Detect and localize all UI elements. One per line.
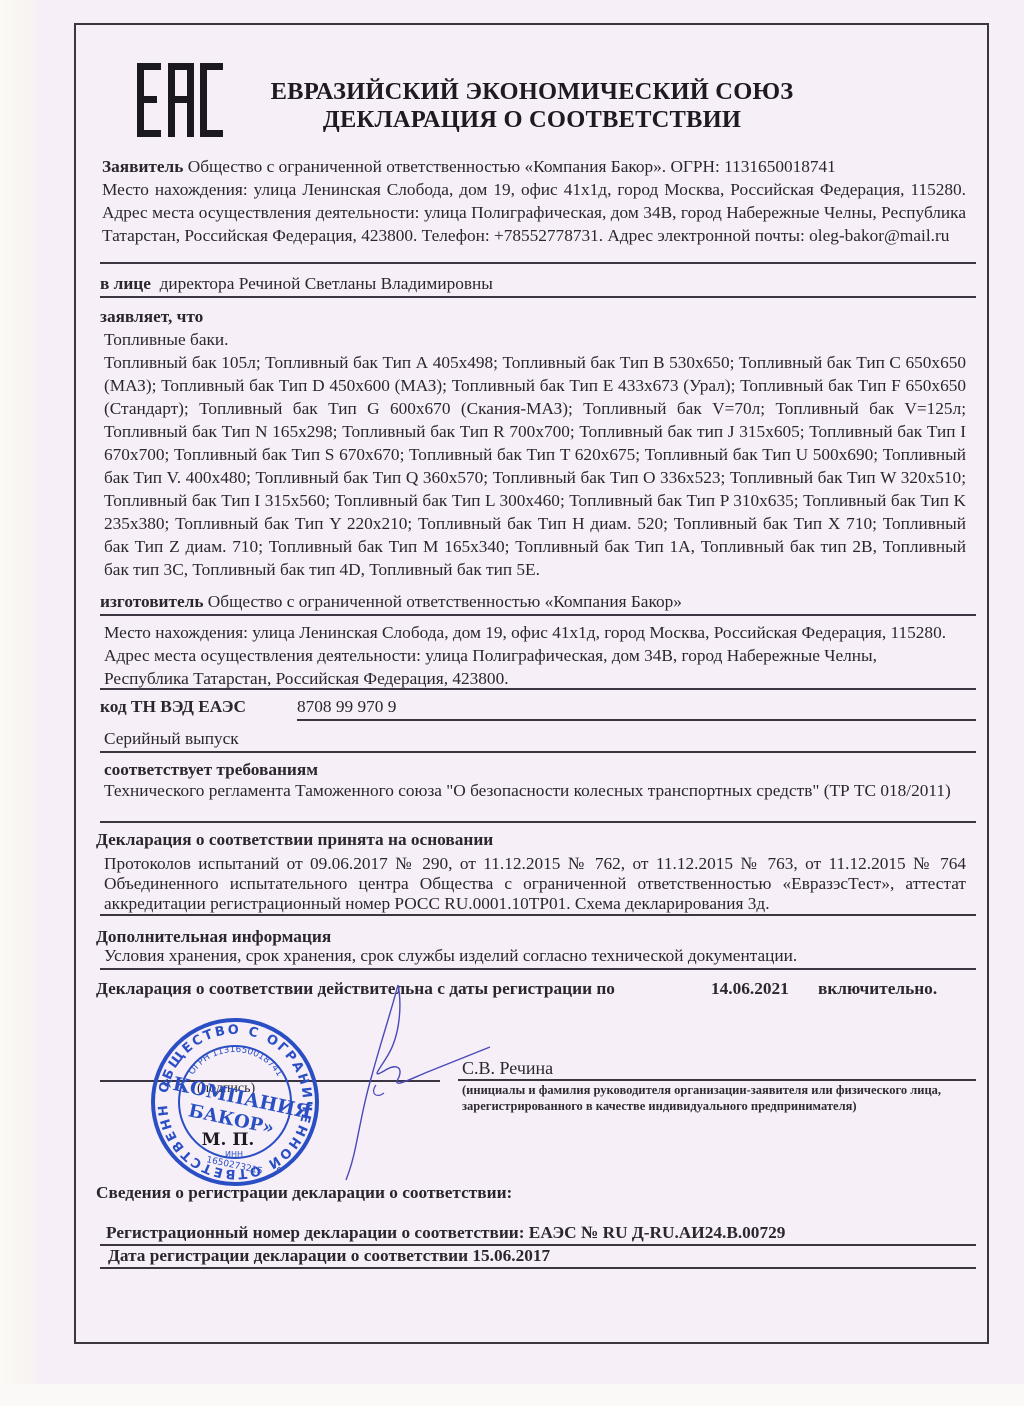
stamp-inn-label: ИНН	[225, 1150, 243, 1159]
seal-label: М. П.	[202, 1130, 255, 1150]
manufacturer-section: изготовитель Общество с ограниченной отв…	[100, 590, 966, 613]
document-title: ЕВРАЗИЙСКИЙ ЭКОНОМИЧЕСКИЙ СОЮЗ ДЕКЛАРАЦИ…	[240, 78, 824, 134]
tn-ved-section: код ТН ВЭД ЕАЭС8708 99 970 9	[100, 695, 966, 718]
registration-date: Дата регистрации декларации о соответств…	[108, 1244, 974, 1267]
tn-ved-code: 8708 99 970 9	[297, 697, 396, 716]
production-type: Серийный выпуск	[100, 727, 970, 750]
svg-text:ОГРН 1131650018741: ОГРН 1131650018741	[187, 1045, 284, 1078]
scan-left-margin	[0, 0, 40, 1406]
compliance-text: Технического регламента Таможенного союз…	[104, 781, 964, 801]
additional-text: Условия хранения, срок хранения, срок сл…	[104, 944, 970, 967]
scan-bottom-margin	[0, 1384, 1024, 1406]
divider	[100, 614, 976, 616]
title-declaration: ДЕКЛАРАЦИЯ О СООТВЕТСТВИИ	[240, 106, 824, 134]
product-title: Топливные баки.	[104, 328, 966, 351]
divider	[100, 688, 976, 690]
applicant-address: Место нахождения: улица Ленинская Слобод…	[100, 178, 966, 247]
basis-text: Протоколов испытаний от 09.06.2017 № 290…	[104, 854, 966, 914]
divider	[100, 262, 976, 264]
handwritten-signature-icon	[340, 975, 600, 1185]
declares-label: заявляет, что	[100, 305, 966, 328]
declares-section: заявляет, что Топливные баки. Топливный …	[100, 305, 966, 581]
validity-suffix: включительно.	[818, 977, 937, 1000]
stamp-ogrn: ОГРН 1131650018741	[187, 1045, 284, 1078]
basis-label: Декларация о соответствии принята на осн…	[96, 828, 962, 851]
tn-ved-label: код ТН ВЭД ЕАЭС	[100, 695, 297, 718]
company-stamp-icon: ОБЩЕСТВО С ОГРАНИЧЕННОЙ ОТВЕТСТВЕННОСТЬЮ…	[150, 1017, 320, 1187]
divider	[100, 1267, 976, 1269]
divider	[100, 968, 976, 970]
represented-by-value: директора Речиной Светланы Владимировны	[151, 274, 493, 293]
divider	[100, 821, 976, 823]
divider	[100, 296, 976, 298]
product-list: Топливный бак 105л; Топливный бак Тип А …	[104, 351, 966, 581]
divider	[100, 751, 976, 753]
manufacturer-name: Общество с ограниченной ответственностью…	[203, 592, 681, 611]
represented-by-label: в лице	[100, 274, 151, 293]
applicant-label: Заявитель	[102, 157, 183, 176]
registration-number: Регистрационный номер декларации о соотв…	[106, 1221, 972, 1244]
eac-logo-icon	[135, 61, 225, 139]
compliance-section: соответствует требованиям Технического р…	[104, 758, 964, 801]
divider	[100, 914, 976, 916]
applicant-section: Заявитель Общество с ограниченной ответс…	[100, 155, 966, 247]
applicant-name: Общество с ограниченной ответственностью…	[183, 157, 835, 176]
divider	[297, 719, 976, 721]
represented-by-section: в лице директора Речиной Светланы Владим…	[100, 272, 966, 295]
manufacturer-label: изготовитель	[100, 592, 203, 611]
manufacturer-address: Место нахождения: улица Ленинская Слобод…	[100, 621, 950, 690]
validity-date: 14.06.2021	[711, 977, 789, 1000]
title-union: ЕВРАЗИЙСКИЙ ЭКОНОМИЧЕСКИЙ СОЮЗ	[240, 78, 824, 106]
compliance-label: соответствует требованиям	[104, 758, 964, 781]
